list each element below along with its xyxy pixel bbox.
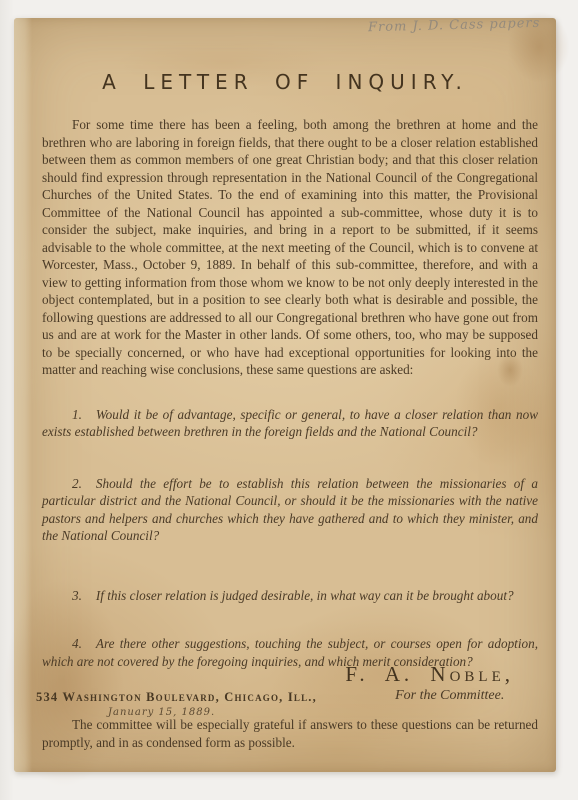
question-3: 3.If this closer relation is judged desi…	[42, 587, 538, 605]
question-2: 2.Should the effort be to establish this…	[42, 475, 538, 545]
letter-body: For some time there has been a feeling, …	[42, 116, 538, 751]
page-title: A LETTER OF INQUIRY.	[14, 70, 556, 94]
closing-paragraph: The committee will be especially gratefu…	[42, 716, 538, 751]
question-3-text: If this closer relation is judged desira…	[96, 588, 514, 603]
intro-paragraph: For some time there has been a feeling, …	[42, 116, 538, 379]
question-2-number: 2.	[72, 476, 82, 491]
address-line: 534 Washington Boulevard, Chicago, Ill.,	[36, 690, 317, 705]
question-1-number: 1.	[72, 407, 82, 422]
signature-role: For the Committee.	[385, 688, 514, 704]
question-1-text: Would it be of advantage, specific or ge…	[42, 407, 538, 440]
question-2-text: Should the effort be to establish this r…	[42, 476, 538, 544]
letter-page: From J. D. Cass papers A LETTER OF INQUI…	[14, 18, 556, 772]
signature-name: F. A. Noble,	[345, 662, 514, 687]
paper-binding-edge	[14, 18, 32, 772]
address-block: 534 Washington Boulevard, Chicago, Ill.,…	[36, 690, 317, 718]
handwritten-annotation: From J. D. Cass papers	[367, 16, 540, 36]
signature-block: F. A. Noble, For the Committee.	[345, 662, 514, 704]
question-1: 1.Would it be of advantage, specific or …	[42, 406, 538, 441]
date-line: January 15, 1889.	[108, 707, 317, 718]
question-4-number: 4.	[72, 636, 82, 651]
scan-background: From J. D. Cass papers A LETTER OF INQUI…	[0, 0, 578, 800]
question-3-number: 3.	[72, 588, 82, 603]
